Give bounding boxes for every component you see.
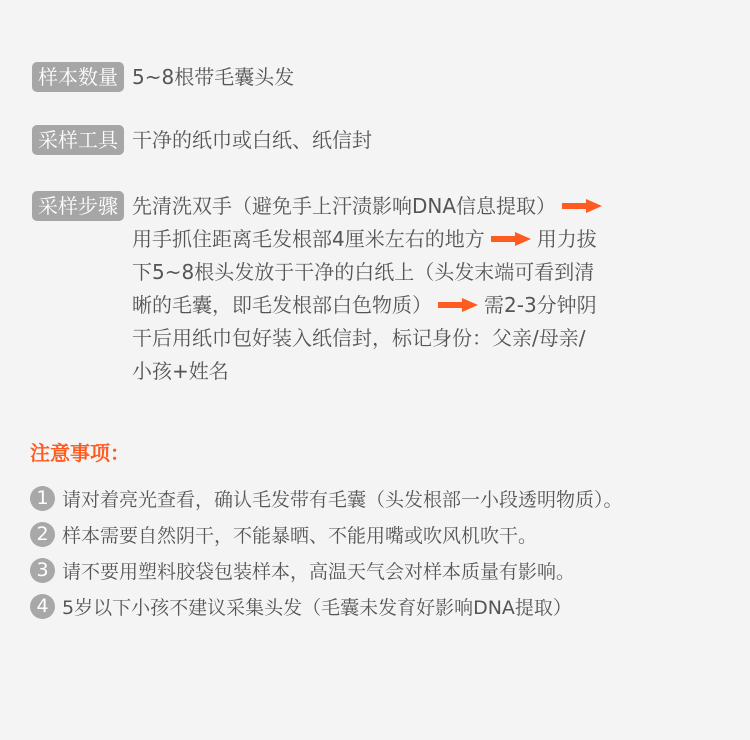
number-circle-icon: 3	[30, 558, 55, 583]
notice-list: 1 请对着亮光查看，确认毛发带有毛囊（头发根部一小段透明物质）。 2 样本需要自…	[30, 480, 623, 624]
right-arrow-icon	[562, 199, 602, 213]
notice-text: 请不要用塑料胶袋包装样本，高温天气会对样本质量有影响。	[62, 557, 575, 584]
right-arrow-icon	[438, 298, 478, 312]
right-arrow-icon	[491, 232, 531, 246]
notice-title: 注意事项：	[30, 438, 130, 468]
step-line: 先清洗双手（避免手上汗渍影响DNA信息提取）	[132, 188, 692, 224]
step-line: 干后用纸巾包好装入纸信封，标记身份：父亲/母亲/	[132, 320, 692, 356]
sample-count-value: 5~8根带毛囊头发	[132, 62, 294, 92]
sample-steps-row: 采样步骤 先清洗双手（避免手上汗渍影响DNA信息提取） 用手抓住距离毛发根部4厘…	[32, 191, 692, 389]
sample-steps-label: 采样步骤	[32, 191, 124, 221]
sample-tools-value: 干净的纸巾或白纸、纸信封	[132, 125, 372, 155]
notice-item: 1 请对着亮光查看，确认毛发带有毛囊（头发根部一小段透明物质）。	[30, 480, 623, 516]
number-circle-icon: 1	[30, 486, 55, 511]
number-circle-icon: 2	[30, 522, 55, 547]
number-circle-icon: 4	[30, 594, 55, 619]
sample-count-row: 样本数量 5~8根带毛囊头发	[32, 62, 294, 92]
notice-item: 3 请不要用塑料胶袋包装样本，高温天气会对样本质量有影响。	[30, 552, 623, 588]
notice-item: 4 5岁以下小孩不建议采集头发（毛囊未发育好影响DNA提取）	[30, 588, 623, 624]
notice-text: 请对着亮光查看，确认毛发带有毛囊（头发根部一小段透明物质）。	[62, 485, 623, 512]
notice-text: 5岁以下小孩不建议采集头发（毛囊未发育好影响DNA提取）	[62, 593, 572, 620]
step-line: 晰的毛囊，即毛发根部白色物质）需2-3分钟阴	[132, 287, 692, 323]
sample-tools-row: 采样工具 干净的纸巾或白纸、纸信封	[32, 125, 372, 155]
sample-steps-text: 先清洗双手（避免手上汗渍影响DNA信息提取） 用手抓住距离毛发根部4厘米左右的地…	[132, 188, 692, 389]
sample-count-label: 样本数量	[32, 62, 124, 92]
notice-text: 样本需要自然阴干，不能暴晒、不能用嘴或吹风机吹干。	[62, 521, 537, 548]
step-line: 用手抓住距离毛发根部4厘米左右的地方用力拔	[132, 221, 692, 257]
notice-item: 2 样本需要自然阴干，不能暴晒、不能用嘴或吹风机吹干。	[30, 516, 623, 552]
step-line: 小孩+姓名	[132, 353, 692, 389]
step-line: 下5~8根头发放于干净的白纸上（头发末端可看到清	[132, 254, 692, 290]
sample-tools-label: 采样工具	[32, 125, 124, 155]
